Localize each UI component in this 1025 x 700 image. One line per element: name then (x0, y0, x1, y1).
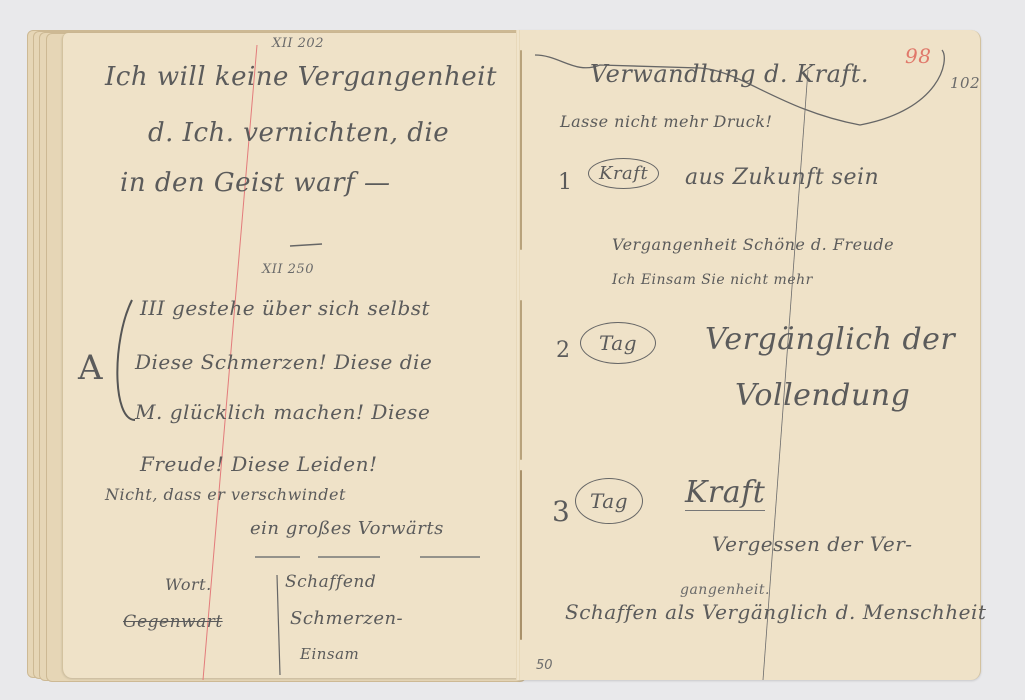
item-number: 3 (552, 495, 570, 528)
handwritten-line: aus Zukunft sein (685, 165, 879, 190)
handwritten-line: Vergänglich der (705, 322, 955, 357)
handwritten-line: Diese Schmerzen! Diese die (135, 350, 432, 374)
handwritten-line: in den Geist warf — (120, 168, 390, 198)
binding-stitch (520, 470, 522, 640)
handwritten-word: Schmerzen- (290, 608, 403, 629)
binding-stitch (520, 300, 522, 460)
reference-note: XII 202 (272, 36, 324, 51)
handwritten-word-struck: Gegenwart (123, 612, 223, 632)
circled-word: Tag (575, 478, 643, 524)
handwritten-word: Schaffend (285, 572, 376, 592)
handwritten-line: Freude! Diese Leiden! (140, 452, 377, 476)
handwritten-line: M. glücklich machen! Diese (135, 400, 430, 424)
handwritten-line: ein großes Vorwärts (250, 518, 444, 539)
handwritten-word: Wort. (165, 575, 212, 594)
handwritten-line: Ich Einsam Sie nicht mehr (612, 272, 813, 288)
handwritten-line: Vergessen der Ver- (712, 532, 913, 556)
reference-note: XII 250 (262, 262, 314, 277)
folio-number-red: 98 (905, 44, 931, 68)
handwritten-line: Schaffen als Vergänglich d. Menschheit (565, 600, 986, 624)
page-heading: Verwandlung d. Kraft. (590, 60, 869, 88)
circled-word: Tag (580, 322, 656, 364)
item-number: 2 (556, 338, 571, 363)
binding-stitch (520, 50, 522, 250)
handwritten-word: Kraft (685, 475, 765, 511)
handwritten-line: Nicht, dass er verschwindet (105, 485, 346, 504)
handwritten-line: Vollendung (735, 378, 910, 413)
section-marker: A (78, 348, 103, 388)
corner-number: 102 (950, 74, 980, 92)
handwritten-line: gangenheit. (680, 582, 770, 598)
page-number: 50 (536, 658, 553, 673)
handwritten-line: d. Ich. vernichten, die (148, 118, 449, 148)
handwritten-line: Ich will keine Vergangenheit (105, 62, 497, 92)
handwritten-word: Einsam (300, 645, 359, 663)
item-number: 1 (558, 170, 573, 195)
handwritten-line: III gestehe über sich selbst (140, 296, 430, 320)
circled-word: Kraft (588, 158, 659, 189)
handwritten-line: Lasse nicht mehr Druck! (560, 112, 772, 131)
handwritten-line: Vergangenheit Schöne d. Freude (612, 235, 894, 254)
